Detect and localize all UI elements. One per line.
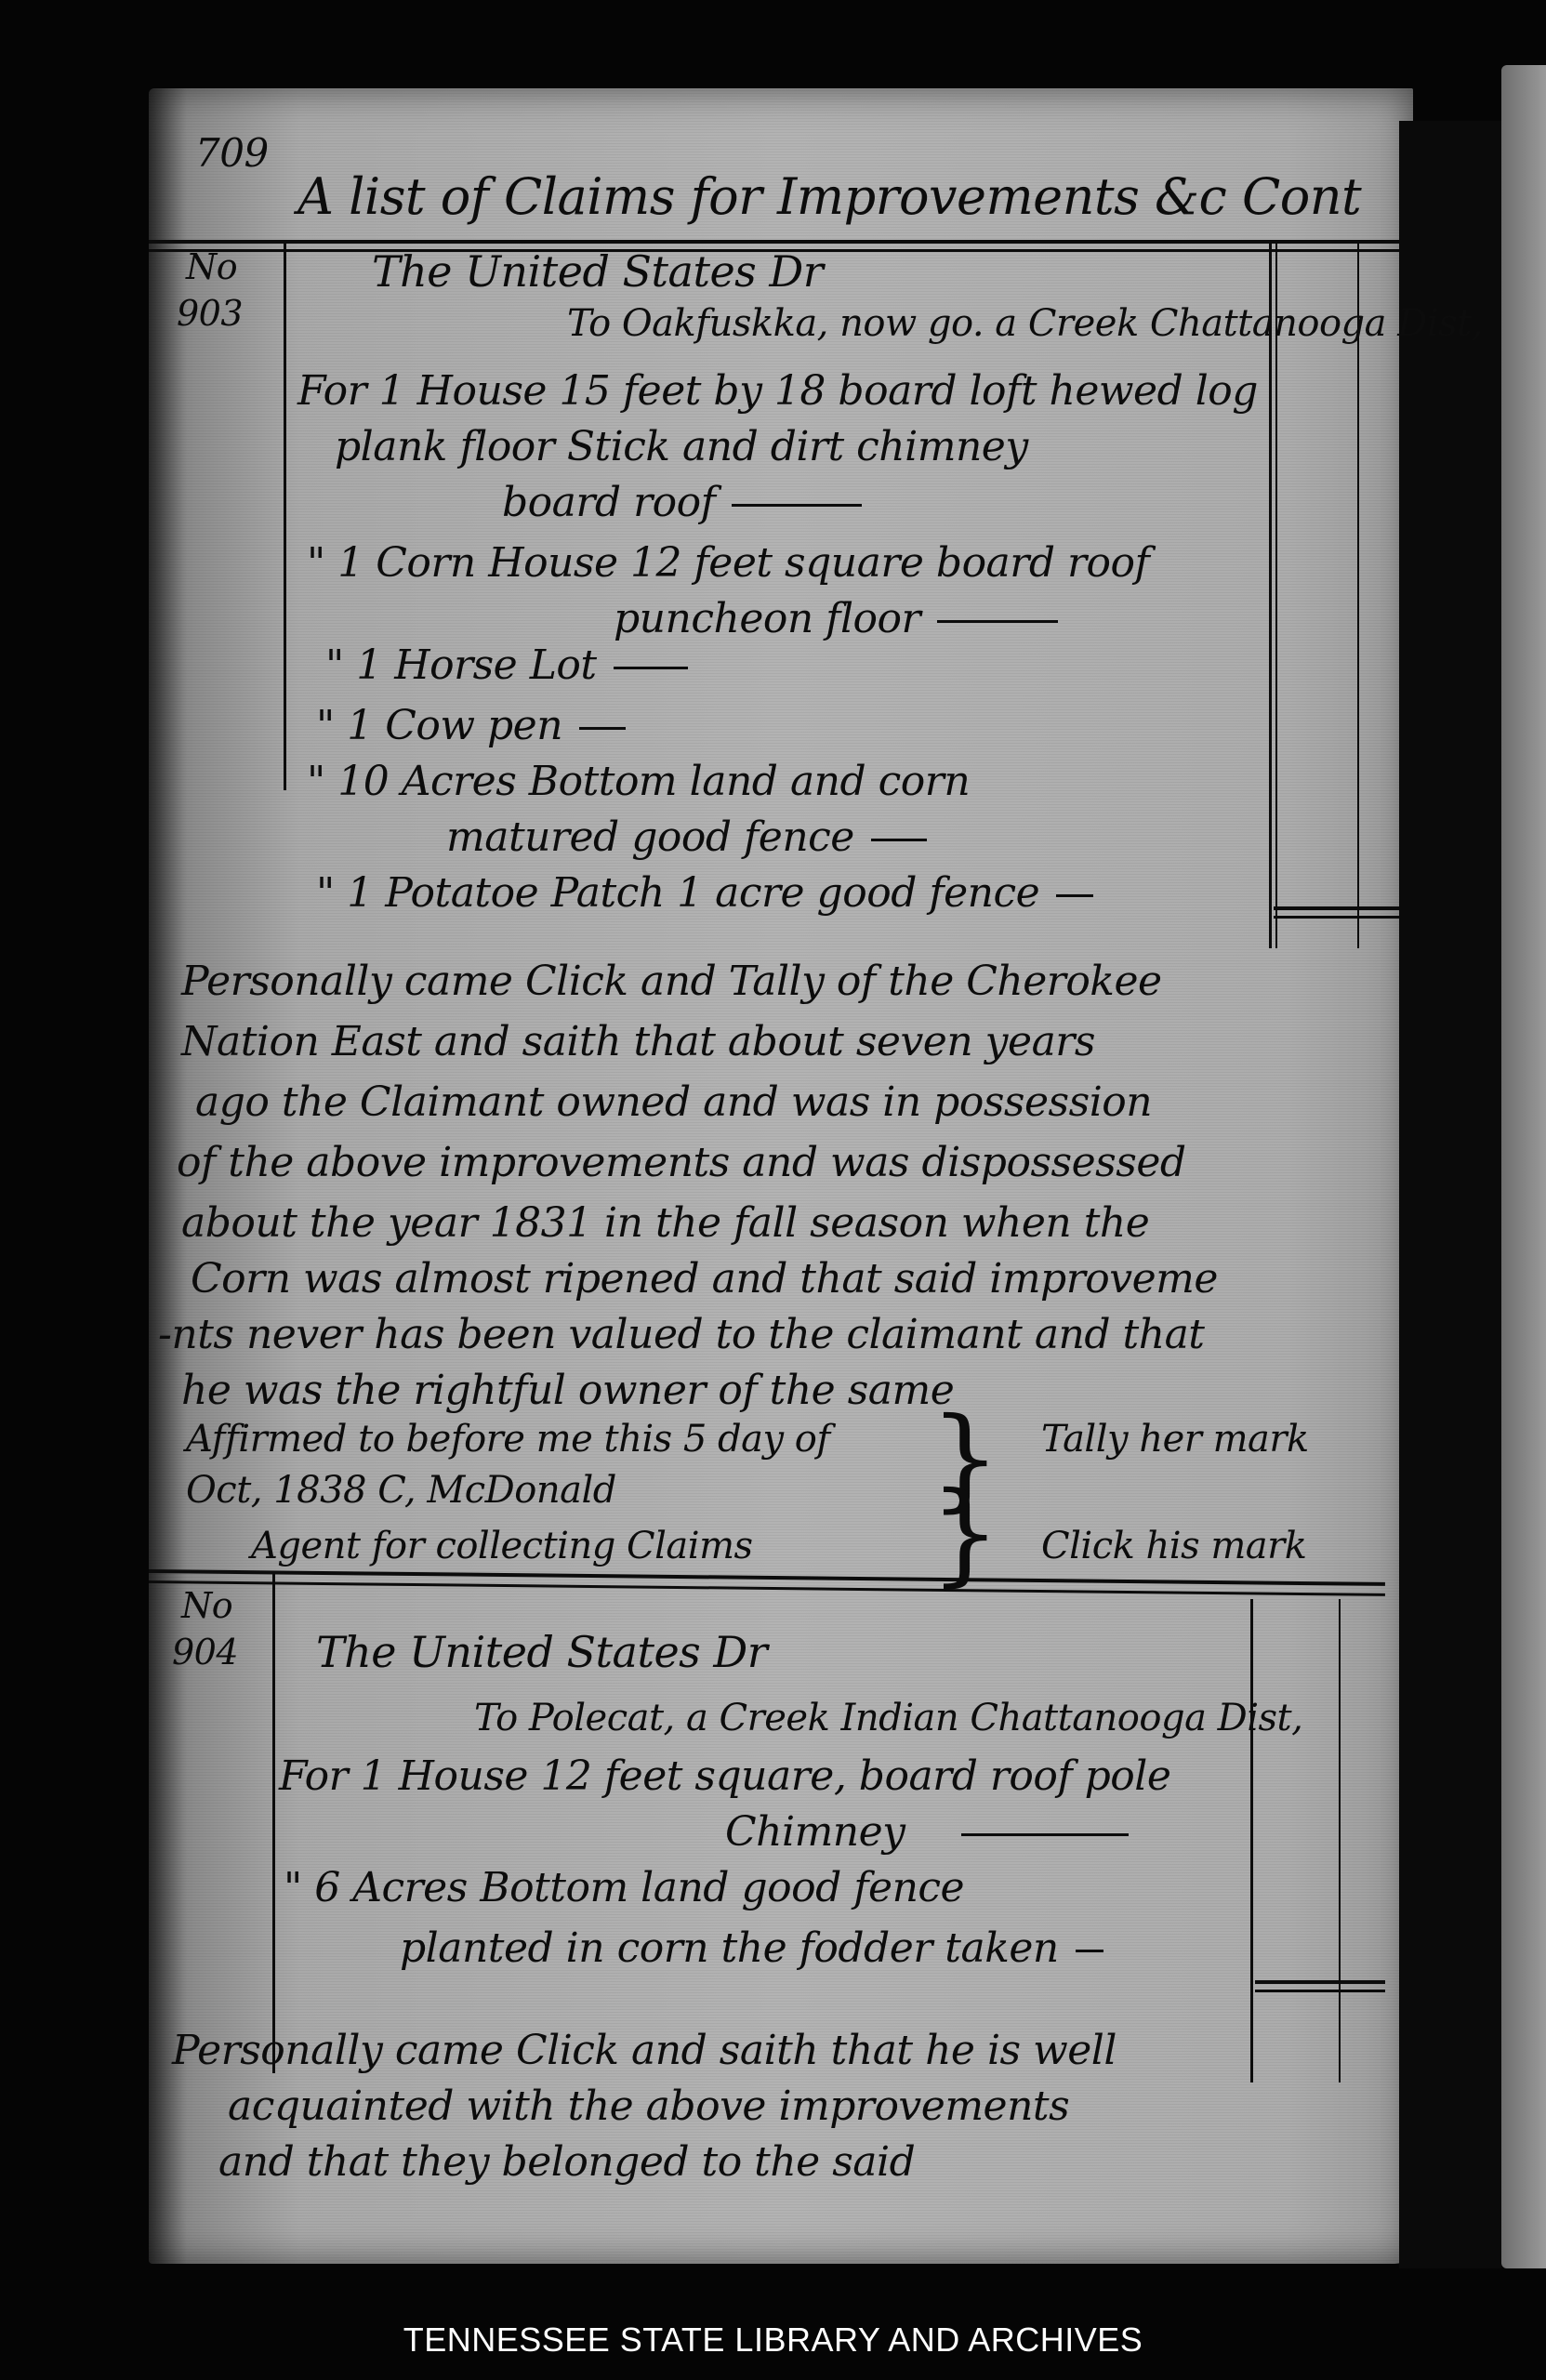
item-line: planted in corn the fodder taken [400,1924,1103,1972]
affidavit-line: Corn was almost ripened and that said im… [191,1255,1218,1302]
entry-no-label: No [181,1585,232,1626]
item-text: planted in corn the fodder taken [400,1924,1059,1972]
number-column-rule [272,1571,275,2073]
affidavit-line: he was the rightful owner of the same [181,1367,954,1414]
signature-mark: Click his mark [1041,1525,1306,1567]
item-text: " 1 Horse Lot [325,641,597,689]
entry-number: 903 [177,293,243,334]
item-text: puncheon floor [614,595,920,642]
item-text: " 1 Potatoe Patch 1 acre good fence [316,869,1039,917]
affidavit-line: about the year 1831 in the fall season w… [181,1199,1149,1247]
affidavit-line: of the above improvements and was dispos… [177,1139,1186,1186]
affidavit-line: Personally came Click and Tally of the C… [181,958,1162,1005]
affidavit-line: ago the Claimant owned and was in posses… [195,1078,1152,1126]
total-rule [1255,1980,1385,1984]
fill-dash [579,727,626,730]
claimant-line: To Polecat, a Creek Indian Chattanooga D… [474,1697,1302,1739]
attestation-line: Agent for collecting Claims [251,1525,753,1567]
item-text: Chimney [725,1808,905,1856]
entry-header: The United States Dr [372,246,823,297]
fill-dash [937,620,1058,623]
item-line: " 1 Corn House 12 feet square board roof [307,539,1149,587]
item-line: " 1 Horse Lot [325,641,688,689]
item-text: matured good fence [446,813,854,861]
item-text: board roof [502,479,715,526]
item-line: board roof [502,479,862,526]
fill-dash [732,504,862,507]
fill-dash [614,667,688,669]
affidavit-line: Personally came Click and saith that he … [172,2027,1117,2074]
item-text: " 1 Cow pen [316,702,562,749]
item-line: plank floor Stick and dirt chimney [335,423,1028,470]
amount-column-rule-left [1269,242,1272,948]
amount-column-rule-right [1339,1599,1341,2082]
binding-gutter [1399,121,1501,2268]
item-line: " 10 Acres Bottom land and corn [307,758,970,805]
item-line: " 1 Cow pen [316,702,626,749]
page-title: A list of Claims for Improvements &c Con… [297,167,1361,226]
fill-dash [871,839,927,841]
archive-footer-label: TENNESSEE STATE LIBRARY AND ARCHIVES [0,2320,1546,2360]
total-rule [1274,906,1399,910]
item-line: puncheon floor [614,595,1058,642]
item-line: " 6 Acres Bottom land good fence [284,1864,964,1911]
fill-dash [961,1833,1129,1836]
page-number: 709 [195,130,269,176]
item-line: matured good fence [446,813,927,861]
number-column-rule [284,242,286,790]
attestation-line: Affirmed to before me this 5 day of [186,1418,830,1461]
claimant-line: To Oakfuskka, now go. a Creek Chattanoog… [567,302,1483,345]
item-line: " 1 Potatoe Patch 1 acre good fence [316,869,1093,917]
fill-dash [1056,894,1093,897]
amount-column-rule-right [1357,242,1359,948]
amount-column-rule-left [1250,1599,1253,2082]
entry-no-label: No [186,246,237,287]
item-line: For 1 House 12 feet square, board roof p… [279,1752,1170,1800]
entry-number: 904 [172,1632,238,1673]
total-rule-2 [1255,1990,1385,1992]
fill-dash [1076,1950,1103,1952]
header-rule [149,240,1399,244]
affidavit-line: -nts never has been valued to the claima… [158,1311,1204,1358]
attestation-line: Oct, 1838 C, McDonald [186,1469,616,1512]
amount-column-rule-left-2 [1275,242,1277,948]
total-rule-2 [1274,916,1399,919]
item-line: For 1 House 15 feet by 18 board loft hew… [297,367,1258,415]
affidavit-line: acquainted with the above improvements [228,2082,1069,2130]
item-line: Chimney [725,1808,1129,1856]
affidavit-line: and that they belonged to the said [218,2138,915,2186]
affidavit-line: Nation East and saith that about seven y… [181,1018,1095,1065]
entry-header: The United States Dr [316,1627,767,1677]
adjacent-page-edge [1501,65,1546,2268]
signature-mark: Tally her mark [1041,1418,1309,1461]
